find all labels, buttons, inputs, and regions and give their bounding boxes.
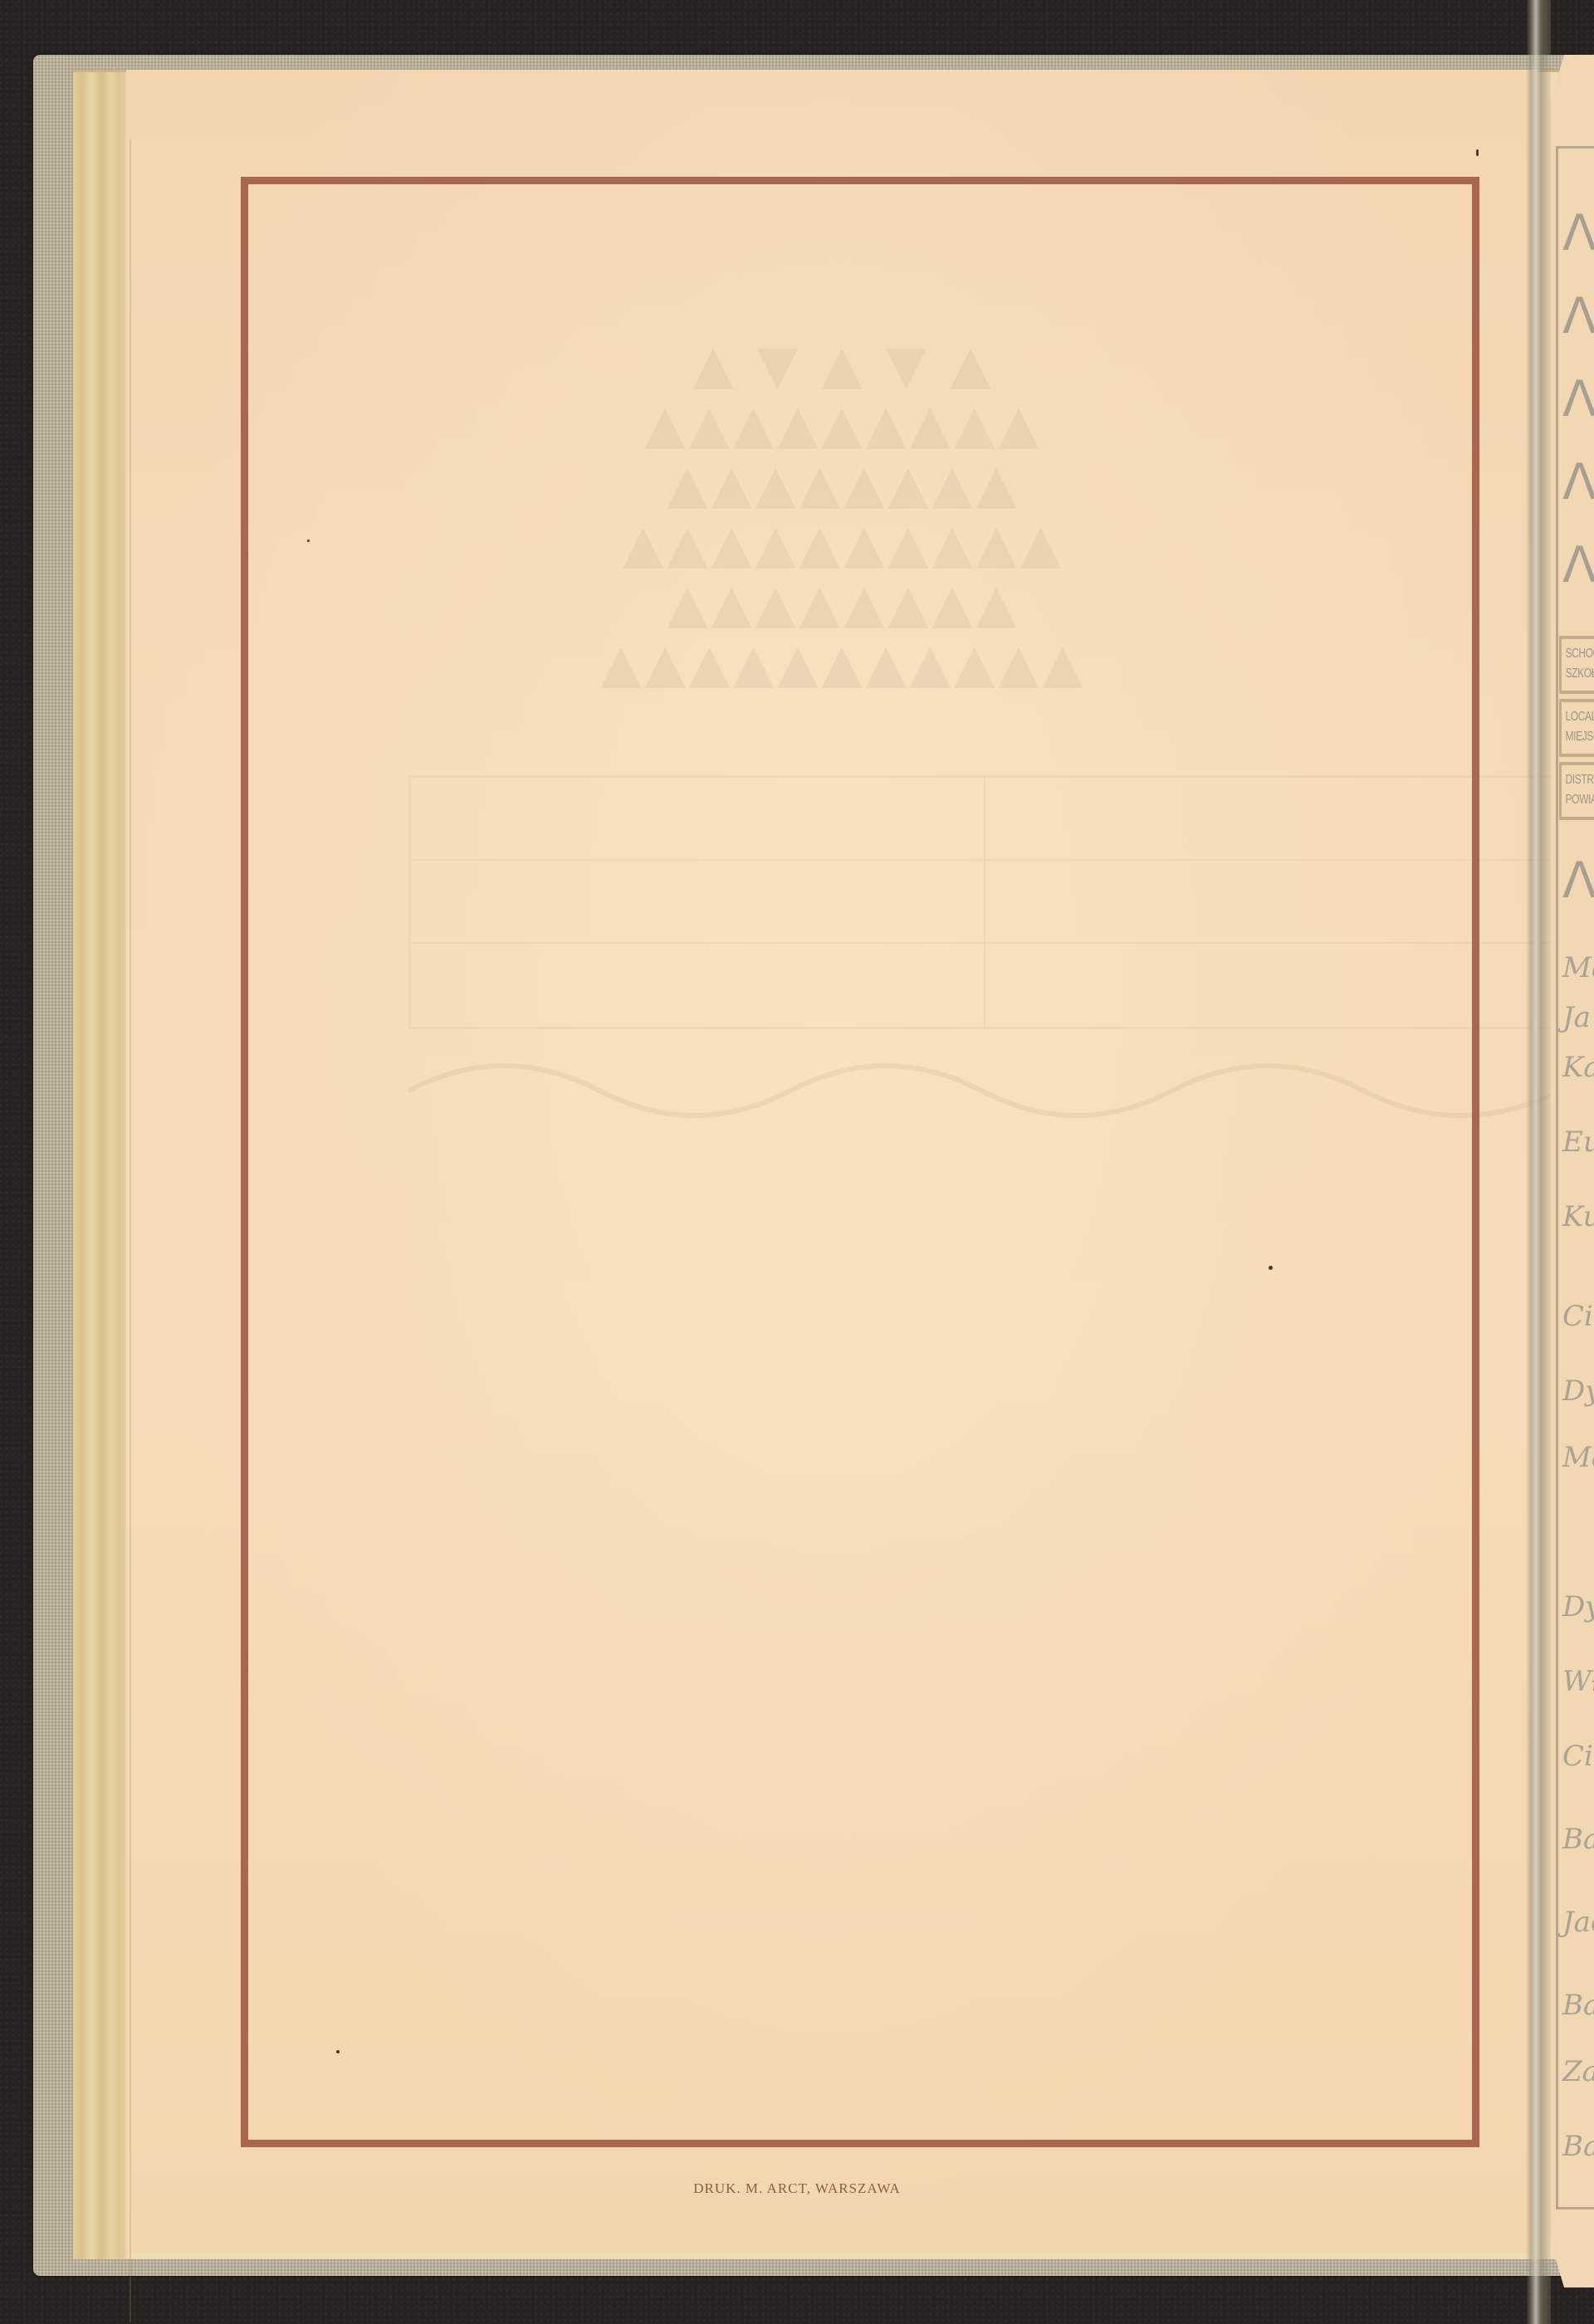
ink-speck [336,2050,340,2053]
adjacent-page-edge: ᐱ ᐱ ᐱ ᐱ ᐱ SCHOO SZKOŁ LOCAL MIEJSC DISTR… [1551,55,1594,2287]
handwritten-name: Włada [1562,1665,1594,1698]
handwritten-name: Kun [1562,1200,1594,1233]
handwritten-name: Ja [1562,1001,1591,1034]
adjacent-ornament-icon: ᐱ [1562,453,1594,511]
frame-content-area [248,184,1472,2140]
label-line: DISTRI [1566,773,1594,787]
handwritten-name: Ma [1562,951,1594,984]
handwritten-name: Ka [1562,1051,1594,1084]
ink-speck [307,539,310,542]
handwritten-name: Bajor [1562,2130,1594,2163]
handwritten-name: Zakrzew [1562,2055,1594,2088]
label-line: MIEJSC [1566,730,1594,744]
label-line: LOCAL [1566,710,1594,724]
handwritten-name: Eugeni [1562,1125,1594,1159]
handwritten-name: Jach [1562,1906,1594,1939]
printer-imprint: DRUK. M. ARCT, WARSZAWA [0,2180,1594,2197]
handwritten-name: Dyk [1562,1374,1594,1408]
adjacent-label-district: DISTRI POWIA [1559,762,1594,820]
handwritten-name: Bajor [1562,1823,1594,1856]
handwritten-name: Ma [1562,1441,1594,1474]
adjacent-ornament-icon: ᐱ [1562,370,1594,428]
adjacent-label-school: SCHOO SZKOŁ [1559,636,1594,694]
handwritten-name: Cicho [1562,1300,1594,1333]
decorative-page-frame [241,177,1479,2147]
adjacent-label-locality: LOCAL MIEJSC [1559,699,1594,757]
handwritten-name: Dyk [1562,1590,1594,1623]
label-line: POWIA [1566,793,1594,807]
handwritten-name: Cieśla [1562,1740,1594,1773]
adjacent-ornament-icon: ᐱ [1562,536,1594,594]
adjacent-ornament-icon: ᐱ [1562,204,1594,262]
gutter-crease [130,139,131,2322]
label-line: SCHOO [1566,647,1594,661]
adjacent-ornament-icon: ᐱ [1562,852,1594,910]
transparent-sleeve-edge [1526,0,1551,2324]
ink-speck [1476,149,1479,156]
adjacent-ornament-icon: ᐱ [1562,287,1594,345]
ink-speck [1269,1266,1273,1270]
handwritten-name: Bajora [1562,1989,1594,2022]
label-line: SZKOŁ [1566,666,1594,681]
